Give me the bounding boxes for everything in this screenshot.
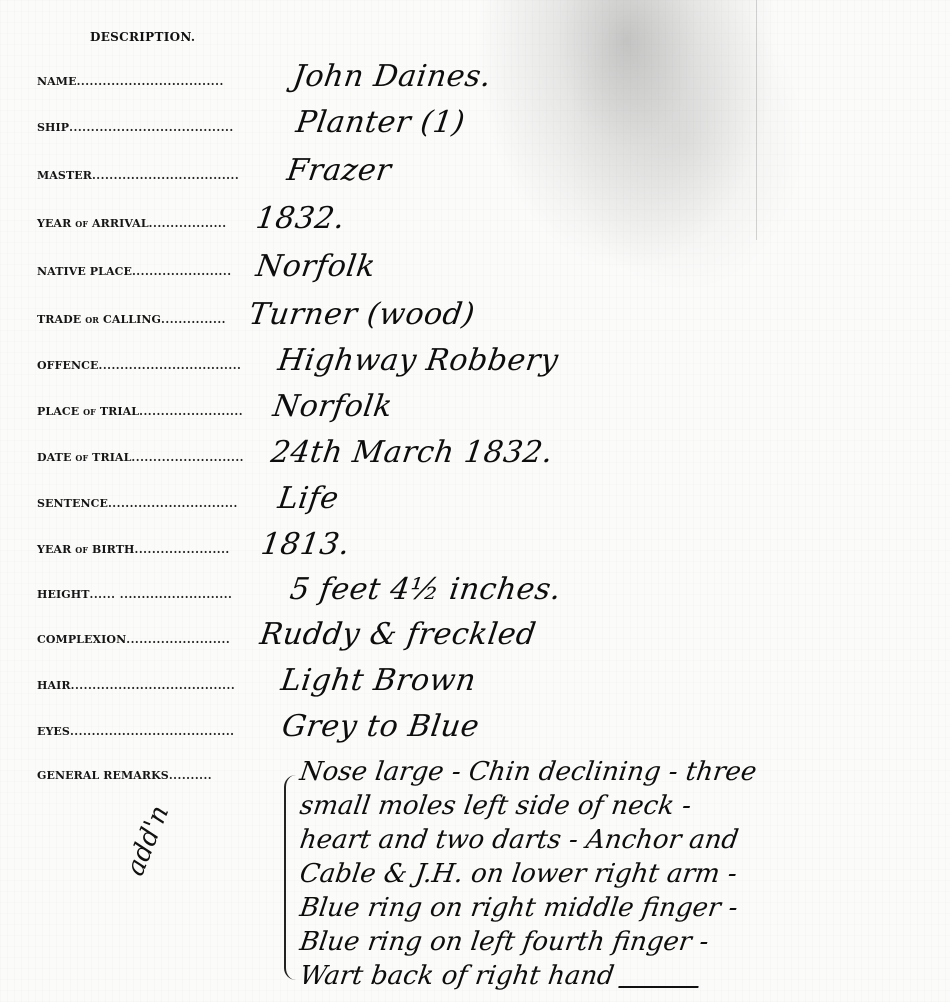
leader-dots: ...................................... bbox=[71, 679, 279, 696]
field-value: 5 feet 4½ inches. bbox=[288, 575, 563, 605]
field-label: MASTER bbox=[37, 169, 92, 186]
field-label: COMPLEXION bbox=[37, 633, 126, 650]
field-value: 24th March 1832. bbox=[269, 438, 555, 468]
leader-dots: .................. bbox=[149, 217, 254, 234]
field-value: 1832. bbox=[254, 204, 347, 234]
field-label: NATIVE PLACE bbox=[37, 265, 132, 282]
field-value: Frazer bbox=[285, 156, 393, 186]
remark-line: Blue ring on left fourth finger - bbox=[298, 925, 943, 959]
field-value: John Daines. bbox=[291, 62, 493, 92]
field-year-of-arrival: YEAR OF ARRIVAL .................. 1832. bbox=[37, 204, 937, 234]
field-value: Life bbox=[276, 484, 341, 514]
field-height: HEIGHT ...... ..........................… bbox=[37, 575, 937, 605]
field-sentence: SENTENCE .............................. … bbox=[37, 484, 937, 514]
remark-line: Blue ring on right middle finger - bbox=[298, 891, 943, 925]
field-label: YEAR OF ARRIVAL bbox=[37, 217, 149, 234]
remark-line: heart and two darts - Anchor and bbox=[298, 823, 943, 857]
field-label: PLACE OF TRIAL bbox=[37, 405, 139, 422]
underline-mark bbox=[618, 986, 698, 988]
leader-dots: .................................. bbox=[77, 75, 291, 92]
field-value: Ruddy & freckled bbox=[258, 620, 538, 650]
leader-dots: ........................ bbox=[139, 405, 271, 422]
field-hair: HAIR ...................................… bbox=[37, 666, 937, 696]
field-native-place: NATIVE PLACE ....................... Nor… bbox=[37, 252, 937, 282]
field-label: YEAR OF BIRTH bbox=[37, 543, 135, 560]
field-value: Norfolk bbox=[271, 392, 394, 422]
field-value: Highway Robbery bbox=[276, 346, 560, 376]
remark-line: Nose large - Chin declining - three bbox=[298, 755, 943, 789]
field-label: SHIP bbox=[37, 121, 69, 138]
field-label: HAIR bbox=[37, 679, 71, 696]
field-value: Light Brown bbox=[279, 666, 478, 696]
field-offence: OFFENCE ................................… bbox=[37, 346, 937, 376]
field-ship: SHIP ...................................… bbox=[37, 108, 937, 138]
field-label: OFFENCE bbox=[37, 359, 98, 376]
field-value: Norfolk bbox=[254, 252, 377, 282]
field-value: 1813. bbox=[259, 530, 352, 560]
field-label: HEIGHT bbox=[37, 588, 90, 605]
remark-line-text: Wart back of right hand bbox=[298, 961, 616, 991]
field-eyes: EYES ...................................… bbox=[37, 712, 937, 742]
leader-dots: ................................. bbox=[98, 359, 276, 376]
leader-dots: ...... .......................... bbox=[90, 588, 288, 605]
leader-dots: ...................... bbox=[135, 543, 259, 560]
leader-dots: .............................. bbox=[108, 497, 276, 514]
field-value: Turner (wood) bbox=[247, 300, 477, 330]
remark-line: Cable & J.H. on lower right arm - bbox=[298, 857, 943, 891]
field-place-of-trial: PLACE OF TRIAL ........................ … bbox=[37, 392, 937, 422]
document-heading: DESCRIPTION. bbox=[90, 30, 195, 44]
field-complexion: COMPLEXION ........................ Rudd… bbox=[37, 620, 937, 650]
field-value: Grey to Blue bbox=[280, 712, 481, 742]
leader-dots: .................................. bbox=[92, 169, 285, 186]
field-year-of-birth: YEAR OF BIRTH ...................... 181… bbox=[37, 530, 937, 560]
field-label: GENERAL REMARKS bbox=[37, 769, 169, 786]
field-label: SENTENCE bbox=[37, 497, 108, 514]
remark-line: Wart back of right hand bbox=[298, 959, 943, 993]
leader-dots: .......... bbox=[169, 769, 229, 786]
field-date-of-trial: DATE OF TRIAL ..........................… bbox=[37, 438, 937, 468]
field-label: DATE OF TRIAL bbox=[37, 451, 131, 468]
field-name: NAME .................................. … bbox=[37, 62, 937, 92]
field-master: MASTER .................................… bbox=[37, 156, 937, 186]
leader-dots: ............... bbox=[161, 313, 247, 330]
leader-dots: ...................................... bbox=[70, 725, 280, 742]
leader-dots: ....................... bbox=[132, 265, 254, 282]
remark-line: small moles left side of neck - bbox=[298, 789, 943, 823]
field-value: Planter (1) bbox=[294, 108, 467, 138]
field-label: NAME bbox=[37, 75, 77, 92]
leader-dots: ...................................... bbox=[69, 121, 294, 138]
field-label: TRADE OR CALLING bbox=[37, 313, 161, 330]
leader-dots: .......................... bbox=[131, 451, 269, 468]
field-trade-or-calling: TRADE OR CALLING ............... Turner … bbox=[37, 300, 937, 330]
leader-dots: ........................ bbox=[126, 633, 258, 650]
field-label: EYES bbox=[37, 725, 70, 742]
margin-annotation: add'n bbox=[120, 801, 175, 880]
general-remarks-text: Nose large - Chin declining - three smal… bbox=[300, 755, 940, 993]
